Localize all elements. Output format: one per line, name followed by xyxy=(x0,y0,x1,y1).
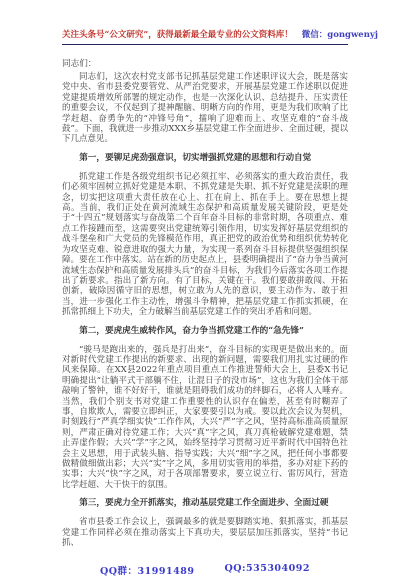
header-wechat-text: 微信：gongwenyj xyxy=(302,30,378,40)
qq-number: QQ:535304092 xyxy=(224,563,310,577)
footer-contact: QQ群：31991489 QQ:535304092 xyxy=(62,563,348,577)
header-banner: 关注头条号“公文研究”，获得最新最全最专业的公文资料库！ 微信：gongweny… xyxy=(62,30,348,45)
section-heading-3: 第三，要虎力全开抓落实，推动基层党建工作全面进步、全面过硬 xyxy=(62,498,348,509)
paragraph-intro: 同志们，这次农村党支部书记抓基层党建工作述职评议大会，既是落实党中央、省市县委党… xyxy=(62,72,348,145)
header-notice-text: 关注头条号“公文研究”，获得最新最全最专业的公文资料库！ xyxy=(62,30,293,40)
paragraph-section-2: “骏马是跑出来的，强兵是打出来”，奋斗目标的实现更是做出来的。面对新时代党建工作… xyxy=(62,345,348,491)
salutation: 同志们： xyxy=(62,58,348,70)
section-heading-2: 第二，要虎虎生威转作风，奋力争当抓党建工作的“急先锋” xyxy=(62,326,348,337)
paragraph-section-1: 抓党建工作是各级党组织书记必须扛牢、必须落实的重大政治责任，我们必须牢固树立抓好… xyxy=(62,172,348,318)
section-heading-1: 第一，要铆足虎劲强意识，切实增强抓党建的思想和行动自觉 xyxy=(62,153,348,164)
paragraph-section-3: 省市县委工作会议上，强调最多的就是要脚踏实地、狠抓落实，抓基层党建工作同样必须在… xyxy=(62,517,348,548)
qq-group-number: QQ群：31991489 xyxy=(100,563,194,577)
document-page: 关注头条号“公文研究”，获得最新最全最专业的公文资料库！ 微信：gongweny… xyxy=(0,0,408,580)
